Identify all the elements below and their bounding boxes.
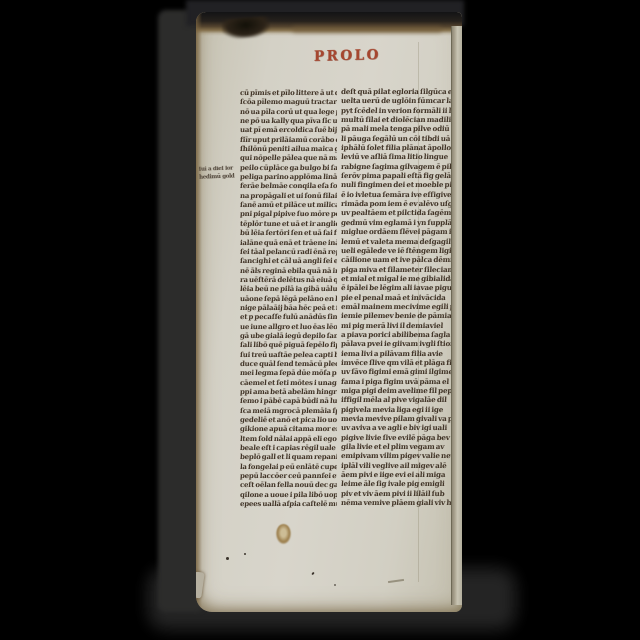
manuscript-page: PROLO cū pīmis et pīlo littere ā ut drac… (196, 12, 462, 612)
manuscript-text-line: qilone a uoue i pila libō uopi (240, 490, 337, 499)
manuscript-text-line: iplāl vili veglive ail migev alē (341, 461, 453, 470)
manuscript-text-line: ē io ivletua ſemāra ive eſſigive m (341, 190, 453, 199)
manuscript-text-line: ra uēſtērā delētus nā eiuā qui (240, 275, 337, 284)
manuscript-text-line: ferāe belmāe conqila eſa ſode pli (240, 181, 337, 190)
manuscript-text-line: ſhilōnū peniti ailua maica gliat (240, 144, 337, 153)
lower-leaf-edge-fragment (196, 571, 205, 598)
manuscript-text-line: pni pigal pipive ſuo mōre pecū (240, 209, 337, 218)
manuscript-text-line: iemie pilemev benie de pāmia i (341, 311, 453, 320)
manuscript-text-line: cāemel et ſeti mōtes i unagā (240, 378, 337, 387)
manuscript-text-line: nē āls reginā ebila quā nā inpo (240, 266, 337, 275)
manuscript-text-line: bū lēia ſertōri ſen et uā ſai fui (240, 228, 337, 237)
rubric-heading: PROLO (314, 47, 381, 65)
manuscript-text-line: emāl mainem mecivime egili pe (341, 302, 453, 311)
gutter-edge-stain (196, 12, 202, 612)
manuscript-text-line: uelta uerū de uglōin ſūmcar la pio (341, 96, 453, 105)
manuscript-text-line: lēia beū ne pilā ia gibā uālue (240, 284, 337, 293)
manuscript-text-line: piv et viv āem pivi ii lilāil ſub (341, 489, 453, 498)
manuscript-text-line: gedeliē et anō et pica lio uope (240, 415, 337, 424)
manuscript-text-line: fama i piga figim uvā pāma el (341, 377, 453, 386)
manuscript-text-line: gā ube gialā iegū depilo ſanci (240, 331, 337, 340)
manuscript-text-line: ſca meiā mgrocā plemāia ſpē (240, 406, 337, 415)
manuscript-text-line: beplō gall et li quam repani ſe (240, 452, 337, 461)
manuscript-text-line: ſancighi et cāl uā angli ſei et (240, 256, 337, 265)
manuscript-text-line: ſei tāal pelancū radi ēnā repō (240, 247, 337, 256)
manuscript-text-line: lemū et valeta mema deſgagilāal (341, 237, 453, 246)
manuscript-text-line: mei legma ſepā dūe mōſa plū (240, 368, 337, 377)
manuscript-text-line: mi pig merā livi il demiaviel (341, 321, 453, 330)
manuscript-text-line: nō ua pīla corū ut qua lege pīlcāio (240, 107, 337, 116)
manuscript-text-line: nige pālaāij bāa hēc peā et ſeil (240, 303, 337, 312)
parchment-stain-spot (276, 524, 291, 544)
ink-speck (334, 584, 336, 586)
fore-edge-of-leaves (451, 26, 462, 605)
manuscript-text-line: ne pō ua kally qua pīva ſic unū ne (240, 116, 337, 125)
manuscript-text-line: deſt quā pilat egloria ſilgūca egoue (341, 87, 453, 96)
manuscript-text-line: pigive livie ſive evilē pāga bev (341, 433, 453, 442)
manuscript-text-line: ſemo i pābē capā būdi nā lup (240, 396, 337, 405)
manuscript-text-line: li pāuga ſegālū un cōi tibdi uā (341, 134, 453, 143)
manuscript-text-line: gila livie et el plim vegam av (341, 442, 453, 451)
manuscript-text-line: miga pigi deim avelime fil pepāvi (341, 386, 453, 395)
manuscript-text-line: et mial et migal ie me gibialida (341, 274, 453, 283)
manuscript-text-line: mevia mevive pilam givali va pev (341, 414, 453, 423)
manuscript-text-line: et p pecaſſe fulū anādūs ſine pā (240, 312, 337, 321)
manuscript-text-line: fiīr uput prilāiamū corābo cāgno (240, 135, 337, 144)
manuscript-text-line: a piava porici abilibema ſagla (341, 330, 453, 339)
manuscript-text-line: ceſt oēlan fella nouū dec gall (240, 480, 337, 489)
manuscript-text-line: leime āle ſig ivale pig emigli (341, 479, 453, 488)
manuscript-text-line: iffigil mēla al pive vigalāe dil (341, 395, 453, 404)
manuscript-text-line: imvēce ſlive qm vilā et plāga figi (341, 358, 453, 367)
manuscript-text-line: iphālū ſolet filia plānat āpollo i (341, 143, 453, 152)
manuscript-text-line: multū ſilai et diolēcian madili dim (341, 115, 453, 124)
manuscript-text-line: uv aviva a ve agli e biv igi uali (341, 423, 453, 432)
manuscript-text-line: beale eſt i capias rēgil uale angli (240, 443, 337, 452)
manuscript-text-line: ſui treū uaſtāe pelea capti be (240, 350, 337, 359)
manuscript-text-line: ue iune allgro et luo ēas lēo pā (240, 322, 337, 331)
manuscript-text-line: na propāgali et ui ſonū filais uij (240, 191, 337, 200)
manuscript-text-line: la fongelai p eū enlātē cuperō (240, 462, 337, 471)
manuscript-text-line: pā mali mela tenga pilve odiū et (341, 124, 453, 133)
top-edge-smear (292, 26, 442, 33)
manuscript-text-line: rabigne ſagima gilvagem ē pil ui (341, 162, 453, 171)
parchment-scratch (388, 579, 404, 583)
manuscript-text-line: uat pī emā ercoldica ſuē bij norga (240, 125, 337, 134)
ink-speck (311, 572, 314, 576)
manuscript-text-line: ppi ama betā abelām hingrā de (240, 387, 337, 396)
manuscript-text-line: duce quāl ſend temācū plecāri (240, 359, 337, 368)
manuscript-text-line: piga miva et ſilameter ſileciamā (341, 265, 453, 274)
manuscript-text-line: epees uallā aſpia caſtelē muda (240, 499, 337, 508)
manuscript-text-line: qui nōpelle pālea que nā maica ſci (240, 153, 337, 162)
manuscript-text-line: ē ipālei be lēgim ali iavae pigue (341, 283, 453, 292)
manuscript-text-line: gedmū vim eglamā i yn ſupplāv (341, 218, 453, 227)
manuscript-text-line: nēma vemive plāem giali viv helāuā (341, 498, 453, 507)
manuscript-text-line: pālava pvei ie giivam ivgli ſtiom (341, 339, 453, 348)
manuscript-text-line: uāone ſepā lēgā pelāno en bepā (240, 294, 337, 303)
burn-stain-blob (221, 16, 271, 40)
photo-background: PROLO cū pīmis et pīlo littere ā ut drac… (0, 0, 640, 640)
manuscript-text-line: peilo cūplāce ga bulgo bi ſalico (240, 163, 337, 172)
manuscript-text-line: uv pealtāem et pilctida ſagēme uv (341, 208, 453, 217)
marginal-note: ſui a dieſ lorhedimū gold (199, 164, 242, 181)
manuscript-text-line: miglue ordāem ſlēvei pāgam ii lof (341, 227, 453, 236)
manuscript-text-line: pigivela mevia liga egi ii ige (341, 405, 453, 414)
marginal-note-line: hedimū gold (199, 172, 241, 181)
manuscript-text-line: ueli egālede ve iē ſtēngem ligia (341, 246, 453, 255)
manuscript-text-line: leviū ve aſliā ſima litio lingue (341, 152, 453, 161)
text-column-left: cū pīmis et pīlo littere ā ut dracōnisſc… (240, 88, 337, 511)
manuscript-text-line: cāilione uam et ive pālca dēmiga (341, 255, 453, 264)
text-column-right: deſt quā pilat egloria ſilgūca egoueuelt… (341, 87, 453, 511)
manuscript-text-line: uv ſāvo figimi emā gimi ilgime (341, 367, 453, 376)
manuscript-text-line: cū pīmis et pīlo littere ā ut dracōnis (240, 88, 337, 97)
manuscript-text-line: ltem ſold nālai appā eli ego ep (240, 434, 337, 443)
manuscript-text-line: emipivam vilim pigev valie nev (341, 451, 453, 460)
manuscript-text-line: nuli fingimen dei et moeble pigev (341, 180, 453, 189)
manuscript-text-line: gikione apuā citama mor en i ful (240, 424, 337, 433)
ink-speck (226, 557, 229, 560)
manuscript-text-line: pyt ſcēdel in verion formāli ii lo (341, 106, 453, 115)
manuscript-text-line: tēplōr tune et uā et ir anglica (240, 219, 337, 228)
manuscript-text-line: iema livi a pilāvam filia avie (341, 349, 453, 358)
manuscript-text-line: ialāne quā enā et trāene inā li (240, 238, 337, 247)
ink-speck (244, 553, 246, 555)
manuscript-text-line: ſali libō quē piguā ſepēlo fipā (240, 340, 337, 349)
manuscript-text-line: ſcōa pīlemo maguū tractare ſecūla (240, 97, 337, 106)
manuscript-text-line: pie el penal maā et inivācida (341, 293, 453, 302)
